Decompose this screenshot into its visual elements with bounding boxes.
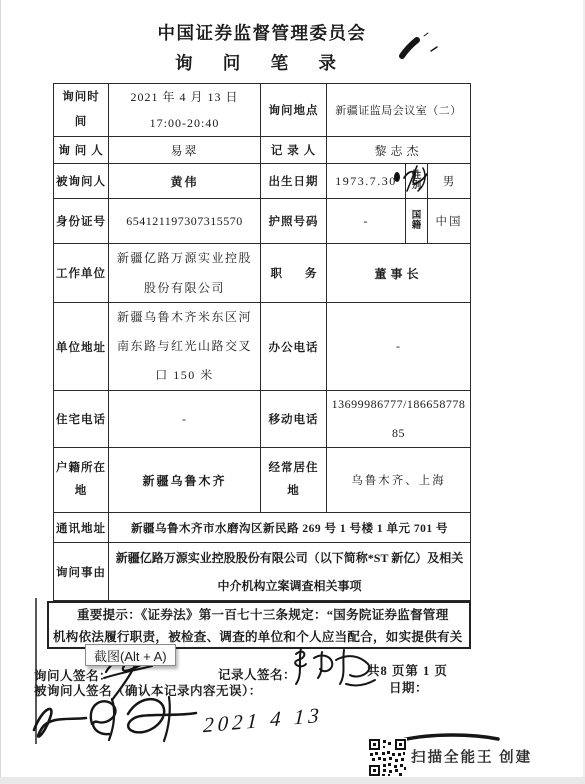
field-label-interviewee: 被询问人 [53, 163, 109, 199]
field-value-habitual-residence: 乌鲁木齐、上海 [326, 447, 471, 513]
page-count-info: 共8 页第 1 页 [367, 661, 448, 679]
field-label-inquirer: 询 问 人 [53, 136, 109, 164]
field-label-nationality: 国籍 [405, 198, 428, 244]
field-label-passport-number: 护照号码 [260, 198, 327, 244]
field-value-office-phone: - [326, 302, 471, 391]
field-label-inquiry-time: 询问时间 [53, 83, 109, 137]
pen-mark-scribble [394, 30, 440, 62]
field-label-household-registration: 户籍所在地 [53, 447, 109, 513]
handwritten-date: 2021 4 13 [203, 703, 324, 739]
notice-line-1: 重要提示：《证券法》第一百七十三条规定：“国务院证券监督管理 [53, 604, 465, 626]
field-label-habitual-residence: 经常居住地 [260, 447, 327, 513]
field-value-inquiry-time: 2021 年 4 月 13 日17:00-20:40 [108, 83, 261, 137]
date-label: 日期： [389, 678, 428, 696]
field-label-mailing-address: 通讯地址 [53, 512, 109, 543]
field-label-recorder: 记 录 人 [260, 136, 327, 164]
scan-bottom-edge [0, 777, 585, 784]
field-label-inquiry-place: 询问地点 [260, 83, 327, 137]
field-value-mailing-address: 新疆乌鲁木齐市水磨沟区新民路 269 号 1 号楼 1 单元 701 号 [108, 512, 471, 543]
field-value-inquiry-reason: 新疆亿路万源实业控股股份有限公司（以下简称*ST 新亿）及相关中介机构立案调查相… [108, 542, 471, 601]
field-value-recorder: 黎志杰 [326, 136, 471, 164]
field-label-job-title: 职 务 [260, 243, 327, 303]
field-label-employer: 工作单位 [53, 243, 109, 303]
field-value-job-title: 董事长 [326, 243, 471, 303]
field-label-employer-address: 单位地址 [53, 302, 109, 391]
screenshot-tooltip: 截图(Alt + A) [85, 644, 176, 666]
field-value-id-number: 654121197307315570 [108, 198, 261, 244]
field-value-interviewee: 黄伟 [108, 163, 261, 199]
gender-cell-handwriting-scribble [390, 162, 432, 196]
field-value-gender: 男 [427, 163, 471, 199]
field-label-mobile-phone: 移动电话 [260, 390, 327, 448]
field-value-home-phone: - [108, 390, 261, 448]
field-label-birth-date: 出生日期 [260, 163, 327, 199]
field-label-inquiry-reason: 询问事由 [53, 542, 109, 601]
field-value-employer: 新疆亿路万源实业控股股份有限公司 [108, 243, 261, 303]
qr-code [368, 738, 407, 777]
field-value-employer-address: 新疆乌鲁木齐米东区河南东路与红光山路交叉口 150 米 [108, 302, 261, 391]
field-value-mobile-phone: 13699986777/18665877885 [326, 390, 471, 448]
field-label-id-number: 身份证号 [53, 198, 109, 244]
important-notice-box: 重要提示：《证券法》第一百七十三条规定：“国务院证券监督管理 机构依法履行职责，… [47, 601, 471, 649]
field-value-passport-number: - [326, 198, 406, 244]
field-value-inquirer: 易翠 [108, 136, 261, 164]
field-label-office-phone: 办公电话 [260, 302, 327, 391]
scanned-document-page: 中国证券监督管理委员会 询 问 笔 录 询问时间 2021 年 4 月 13 日… [0, 0, 585, 784]
field-value-household-registration: 新疆乌鲁木齐 [108, 447, 261, 513]
field-value-inquiry-place: 新疆证监局会议室（二） [326, 83, 471, 137]
interviewee-signature-handwriting [28, 690, 213, 752]
field-label-home-phone: 住宅电话 [53, 390, 109, 448]
field-value-nationality: 中国 [427, 198, 471, 244]
scan-left-edge [0, 0, 1, 784]
scanner-watermark-text: 扫描全能王 创建 [411, 746, 532, 767]
recorder-signature-handwriting [288, 644, 378, 692]
scan-shadow-artifact [398, 730, 503, 744]
interview-form-table: 询问时间 2021 年 4 月 13 日17:00-20:40 询问地点 新疆证… [53, 83, 471, 601]
